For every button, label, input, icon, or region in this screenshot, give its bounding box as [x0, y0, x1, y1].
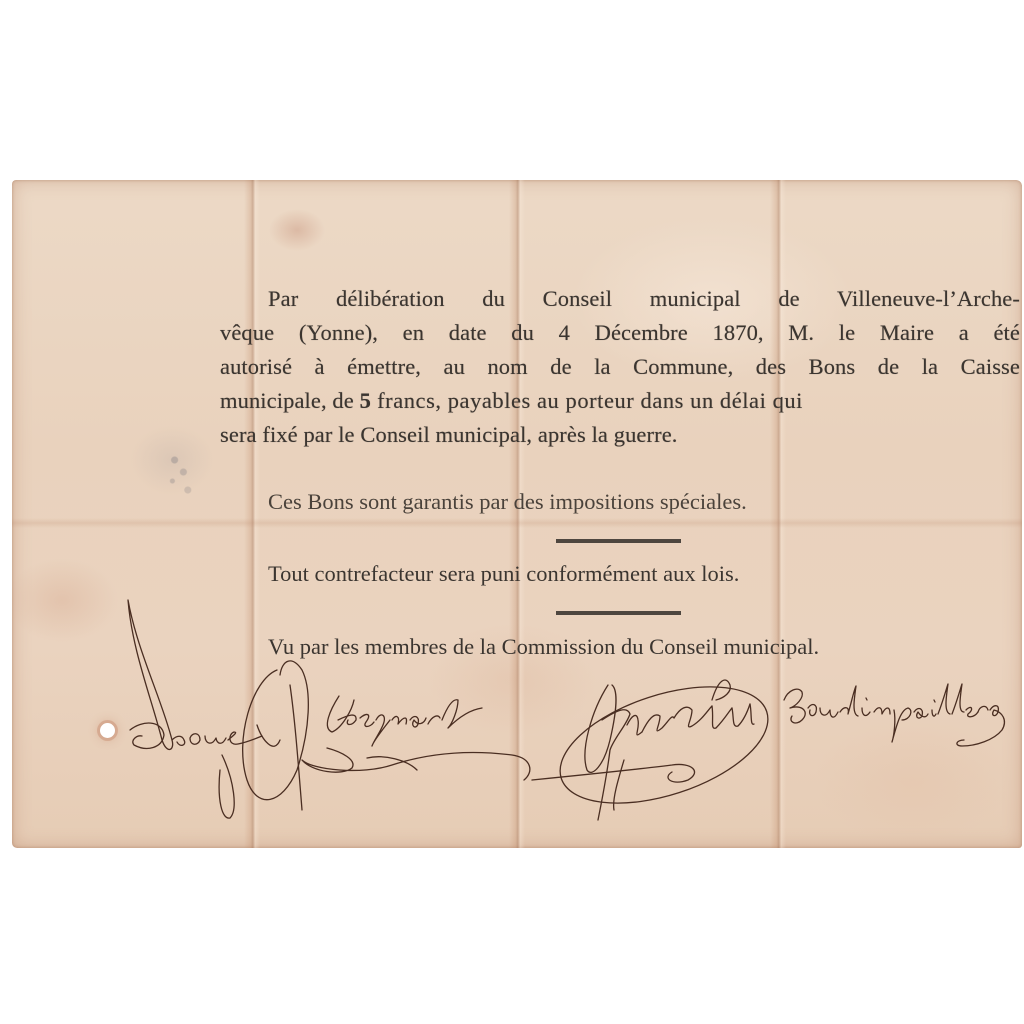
signature-droue — [128, 600, 308, 818]
punch-hole — [100, 723, 115, 738]
paragraph-text: municipale, de — [220, 384, 360, 418]
denomination-value: 5 — [360, 384, 371, 418]
fold-line — [244, 180, 260, 848]
signature-regnard — [302, 696, 530, 780]
paragraph-line: vêque (Yonne), en date du 4 Décembre 187… — [220, 316, 1020, 350]
divider-rule — [556, 611, 681, 615]
paragraph-line: sera fixé par le Conseil municipal, aprè… — [220, 418, 1020, 452]
paragraph-line: autorisé à émettre, au nom de la Commune… — [220, 350, 1020, 384]
fold-line-horizontal — [12, 518, 1022, 528]
paragraph-text: francs, payables au porteur dans un déla… — [371, 384, 1020, 418]
deliberation-paragraph: Par délibération du Conseil municipal de… — [220, 282, 1020, 452]
paragraph-line: municipale, de 5 francs, payables au por… — [220, 384, 1020, 418]
counterfeit-warning: Tout contrefacteur sera puni conformémen… — [268, 561, 739, 587]
divider-rule — [556, 539, 681, 543]
guarantee-statement: Ces Bons sont garantis par des impositio… — [268, 489, 747, 515]
paragraph-line: Par délibération du Conseil municipal de… — [220, 282, 1020, 316]
banknote-paper: Par délibération du Conseil municipal de… — [12, 180, 1022, 848]
stamp-bleedthrough — [157, 442, 201, 502]
fold-line — [770, 180, 786, 848]
commission-line: Vu par les membres de la Commission du C… — [268, 634, 819, 660]
signature-guy-girard — [532, 664, 782, 826]
signature-boudinpaillere — [784, 684, 1004, 746]
